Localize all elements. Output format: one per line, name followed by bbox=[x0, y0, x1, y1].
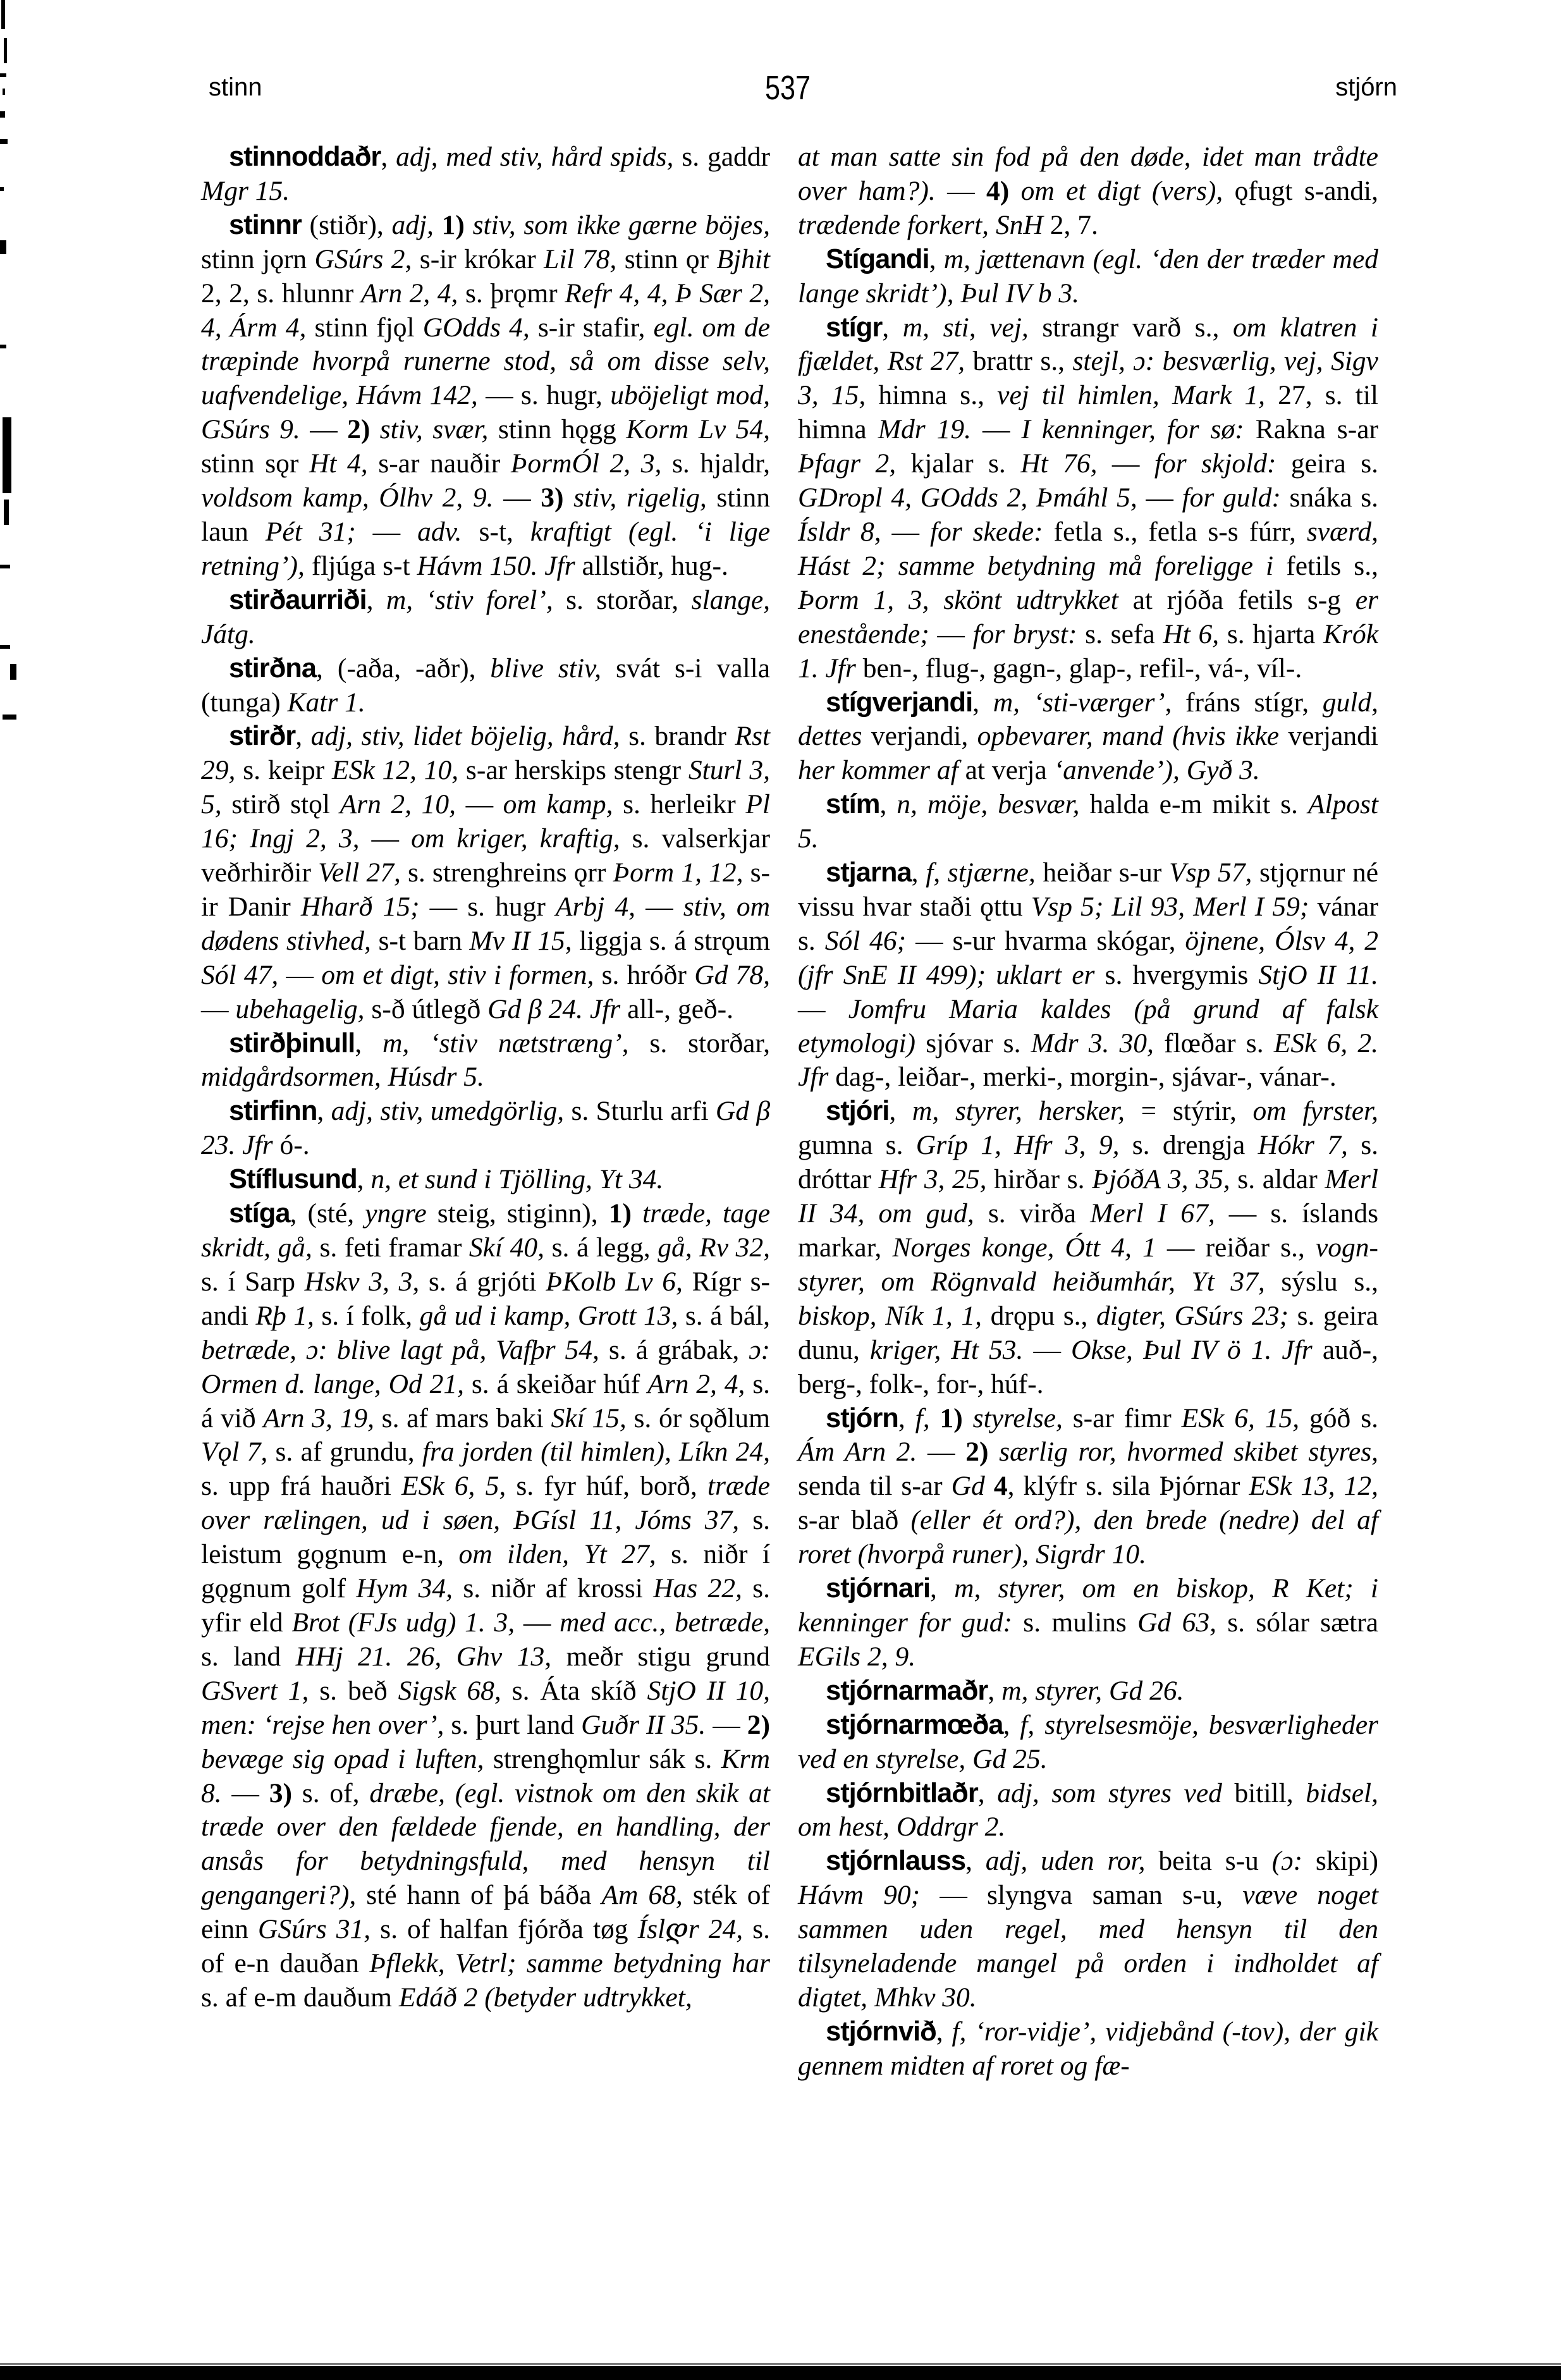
entry-text: her kommer af bbox=[798, 755, 958, 785]
entry-text: , bbox=[972, 687, 993, 718]
entry-text: s. Sturlu arfi bbox=[564, 1096, 716, 1126]
entry-text: s. drengja bbox=[1119, 1130, 1258, 1160]
entry-text: sýslu s., bbox=[1265, 1267, 1378, 1297]
entry-text: s-t barn bbox=[371, 926, 470, 956]
entry-text: 2, 2, s. hlunnr bbox=[201, 278, 361, 309]
scan-bottom-line bbox=[0, 2363, 1561, 2365]
entry-text: adj, som styres ved bbox=[997, 1778, 1222, 1808]
entry-text: — bbox=[493, 482, 541, 513]
headword: stinnr bbox=[229, 210, 302, 240]
entry-text: — bbox=[515, 1607, 560, 1638]
entry-text: s. niðr af krossi bbox=[453, 1573, 653, 1604]
entry-text: 1) bbox=[940, 1403, 963, 1433]
entry-text: (ɔ: bbox=[1272, 1846, 1302, 1876]
entry-text: Edáð 2 (betyder udtrykket, bbox=[399, 1982, 692, 2013]
entry-text: Sól 46; bbox=[825, 926, 906, 956]
entry-text: Hfr 3, 25, bbox=[879, 1164, 987, 1194]
entry-text: , bbox=[912, 857, 926, 888]
entry-text: Okse, Þul IV ö 1. Jfr bbox=[1071, 1335, 1313, 1365]
entry-text: om fyrster, bbox=[1253, 1096, 1378, 1126]
entry-text: stirð stǫl bbox=[222, 789, 340, 819]
entry-text: for skjold: bbox=[1154, 448, 1276, 479]
entry-text: betræde, ɔ: blive lagt på, Vafþr 54, bbox=[201, 1335, 599, 1365]
dictionary-entry: stjórnarmaðr, m, styrer, Gd 26. bbox=[798, 1674, 1378, 1708]
entry-text: ben-, flug-, gagn-, glap-, refil-, vá-, … bbox=[856, 653, 1302, 684]
entry-text: stiv, rigelig, bbox=[564, 482, 707, 513]
entry-text: stinn hǫgg bbox=[488, 414, 626, 445]
entry-text: strangr varð s., bbox=[1029, 312, 1233, 343]
entry-text: — bbox=[1137, 482, 1182, 513]
entry-text: Brot (FJs udg) 1. 3, bbox=[291, 1607, 515, 1638]
entry-text: bitill, bbox=[1222, 1778, 1306, 1808]
entry-text: for bryst: bbox=[973, 619, 1077, 649]
entry-text: s. keipr bbox=[235, 755, 332, 785]
entry-text: Arn 3, 19, bbox=[263, 1403, 374, 1433]
entry-text: s. of, bbox=[292, 1778, 369, 1808]
dictionary-entry: stjarna, f, stjærne, heiðar s-ur Vsp 57,… bbox=[798, 856, 1378, 1095]
entry-text: s. upp frá hauðri bbox=[201, 1471, 401, 1501]
entry-text: Skí 15, bbox=[551, 1403, 627, 1433]
entry-text: Ht 6, bbox=[1163, 619, 1219, 649]
entry-text: liggja s. á strǫum bbox=[572, 926, 770, 956]
entry-text: , bbox=[879, 789, 897, 819]
entry-text: styrelse, bbox=[963, 1403, 1063, 1433]
entry-text: s-ir stafir, bbox=[530, 312, 654, 343]
entry-text: strenghǫmlur sák s. bbox=[484, 1744, 721, 1774]
entry-text: drǫpu s., bbox=[982, 1301, 1096, 1331]
entry-text: midgårdsormen, Húsdr 5. bbox=[201, 1062, 484, 1092]
entry-text: — bbox=[635, 892, 683, 922]
entry-text: Gd 78, bbox=[694, 960, 770, 990]
entry-text: m, sti, vej, bbox=[903, 312, 1029, 343]
entry-text: Gd 63, bbox=[1137, 1607, 1216, 1638]
entry-text: s. storðar, bbox=[629, 1028, 770, 1058]
entry-text: , bbox=[357, 1164, 371, 1194]
entry-text: , bbox=[898, 1403, 915, 1433]
entry-text: Hókr 7, bbox=[1258, 1130, 1348, 1160]
entry-text: 4) bbox=[986, 176, 1009, 206]
entry-text: , bbox=[381, 142, 396, 172]
dictionary-entry: stígr, m, sti, vej, strangr varð s., om … bbox=[798, 311, 1378, 686]
entry-text: Þorm 1, 3, skönt udtrykket bbox=[798, 585, 1118, 615]
entry-text: ESk 12, 10, bbox=[332, 755, 458, 785]
entry-text: Sól 47, bbox=[201, 960, 278, 990]
entry-text: ó-. bbox=[273, 1130, 310, 1160]
entry-text: ESk 6, 15, bbox=[1182, 1403, 1299, 1433]
entry-text: Bjhit bbox=[716, 244, 770, 274]
headword: Stíflusund bbox=[229, 1164, 357, 1194]
entry-text: s. hjarta bbox=[1219, 619, 1323, 649]
dictionary-entry: stinnoddaðr, adj, med stiv, hård spids, … bbox=[201, 140, 770, 209]
entry-text: , klýfr s. sila Þjórnar bbox=[1008, 1471, 1249, 1501]
dictionary-entry: stirðþinull, m, ‘stiv nætstræng’, s. sto… bbox=[201, 1027, 770, 1095]
entry-text: s. fyr húf, borð, bbox=[506, 1471, 707, 1501]
entry-text: meðr stigu grund bbox=[551, 1641, 770, 1672]
entry-text: s. af e-m dauðum bbox=[201, 1982, 399, 2013]
right-guide-word: stjórn bbox=[1335, 73, 1397, 102]
entry-text: m, styrer, hersker, bbox=[912, 1096, 1125, 1126]
entry-text: digter, GSúrs 23; bbox=[1096, 1301, 1289, 1331]
entry-text: I kenninger, for sø: bbox=[1021, 414, 1244, 445]
entry-text: 2) bbox=[347, 414, 370, 445]
entry-text: s-ar fimr bbox=[1063, 1403, 1182, 1433]
entry-text: n, möje, besvær, bbox=[897, 789, 1079, 819]
entry-text: — bbox=[1023, 1335, 1071, 1365]
entry-text: , bbox=[889, 1096, 912, 1126]
entry-text: — bbox=[278, 960, 321, 990]
scan-bottom-edge bbox=[0, 2366, 1561, 2380]
entry-text: , bbox=[929, 244, 944, 274]
entry-text: — bbox=[456, 789, 503, 819]
entry-text: Hharð 15; bbox=[301, 892, 420, 922]
entry-text: , bbox=[295, 721, 310, 751]
entry-text: GDropl 4, GOdds 2, Þmáhl 5, bbox=[798, 482, 1137, 513]
entry-text: , bbox=[355, 1028, 383, 1058]
entry-text: 1) bbox=[442, 210, 465, 240]
entry-text: — bbox=[222, 1778, 269, 1808]
entry-text: Þflekk, Vetrl; samme betydning har bbox=[369, 1948, 770, 1978]
entry-text: s. aldar bbox=[1230, 1164, 1325, 1194]
entry-text: Vsp 5; Lil 93, Merl I 59; bbox=[1031, 892, 1309, 922]
entry-text: steig, stiginn), bbox=[427, 1198, 609, 1229]
entry-text: — bbox=[936, 176, 986, 206]
entry-text: allstiðr, hug-. bbox=[575, 551, 728, 581]
dictionary-entry: stirðna, (-aða, -aðr), blive stiv, svát … bbox=[201, 652, 770, 720]
headword: stjóri bbox=[826, 1096, 889, 1126]
entry-text: — bbox=[359, 823, 411, 854]
headword: stíga bbox=[229, 1198, 290, 1229]
entry-text: — bbox=[356, 517, 417, 547]
entry-text: med acc., betræde, bbox=[560, 1607, 770, 1638]
entry-text: ESk 13, 12, bbox=[1249, 1471, 1378, 1501]
entry-text: , bbox=[965, 1846, 986, 1876]
page-number: 537 bbox=[765, 68, 811, 107]
entry-text: s-ar herskips stengr bbox=[458, 755, 689, 785]
headword: stjórn bbox=[826, 1403, 898, 1433]
entry-text: 4 bbox=[985, 1471, 1008, 1501]
entry-text: s. á grábak, bbox=[599, 1335, 749, 1365]
entry-text: opbevarer, mand (hvis ikke bbox=[977, 721, 1280, 751]
entry-text: fra jorden (til himlen), Líkn 24, bbox=[422, 1437, 770, 1467]
entry-text: Mdr 19. bbox=[878, 414, 971, 445]
entry-text: s. á legg, bbox=[544, 1232, 658, 1263]
entry-text: stinn ǫr bbox=[616, 244, 716, 274]
entry-text: 3) bbox=[541, 482, 563, 513]
entry-text: gå, Rv 32, bbox=[658, 1232, 770, 1263]
headword: stirðþinull bbox=[229, 1028, 355, 1058]
entry-text: 2) bbox=[965, 1437, 988, 1467]
entry-text: m, ‘stiv forel’, bbox=[386, 585, 553, 615]
entry-text: s. brandr bbox=[620, 721, 735, 751]
entry-text: Korm Lv 54, bbox=[626, 414, 770, 445]
entry-text: — bbox=[300, 414, 347, 445]
entry-text: góð s. bbox=[1299, 1403, 1378, 1433]
entry-text: vej til himlen, Mark 1, bbox=[997, 380, 1265, 410]
entry-text: s. á grjóti bbox=[419, 1267, 546, 1297]
entry-text: voldsom kamp, Ólhv 2, 9. bbox=[201, 482, 493, 513]
entry-text: beita s-u bbox=[1146, 1846, 1272, 1876]
entry-text: senda til s-ar bbox=[798, 1471, 952, 1501]
entry-text: Mdr 3. 30, bbox=[1031, 1028, 1154, 1058]
entry-text: adj, bbox=[391, 210, 441, 240]
headword: stígverjandi bbox=[826, 687, 972, 718]
entry-text: Rakna s-ar bbox=[1244, 414, 1378, 445]
entry-text: Íslდr 24, bbox=[638, 1914, 744, 1944]
entry-text: , bbox=[317, 1096, 331, 1126]
entry-text: s. of halfan fjórða tøg bbox=[370, 1914, 637, 1944]
entry-text: s-ar nauðir bbox=[368, 448, 511, 479]
entry-text: ǫfugt s-andi, bbox=[1223, 176, 1378, 206]
entry-text: Sigsk 68, bbox=[398, 1676, 501, 1706]
entry-text: s. mulins bbox=[1012, 1607, 1137, 1638]
dictionary-entry: stirðr, adj, stiv, lidet böjelig, hård, … bbox=[201, 720, 770, 1026]
dictionary-entry: at man satte sin fod på den døde, idet m… bbox=[798, 140, 1378, 243]
entry-text: bevæge sig opad i luften, bbox=[201, 1744, 484, 1774]
entry-text: s. storðar, bbox=[553, 585, 692, 615]
entry-text: Þorm 1, 12, bbox=[613, 857, 744, 888]
headword: stígr bbox=[826, 312, 882, 343]
entry-text: Merl I 67, bbox=[1090, 1198, 1215, 1229]
headword: stjórnvið bbox=[826, 2016, 936, 2047]
entry-text: s-ð útlegð bbox=[365, 994, 488, 1024]
page-header: stinn 537 stjórn bbox=[209, 68, 1397, 119]
entry-text: s. hvergymis bbox=[1094, 960, 1258, 990]
entry-text: trædende forkert, SnH bbox=[798, 210, 1043, 240]
entry-text: — bbox=[706, 1710, 747, 1740]
entry-text: skipi) bbox=[1302, 1846, 1378, 1876]
dictionary-entry: stinnr (stiðr), adj, 1) stiv, som ikke g… bbox=[201, 209, 770, 584]
dictionary-entry: Stígandi, m, jættenavn (egl. ‘den der tr… bbox=[798, 243, 1378, 311]
entry-text: om kamp, bbox=[503, 789, 613, 819]
entry-text: Vsp 57, bbox=[1169, 857, 1252, 888]
entry-text: Arbj 4, bbox=[556, 892, 635, 922]
dictionary-entry: stígverjandi, m, ‘sti-værger’, fráns stí… bbox=[798, 686, 1378, 788]
entry-text: Pét 31; bbox=[266, 517, 356, 547]
entry-text: — bbox=[971, 414, 1021, 445]
entry-text: gå ud i kamp, Grott 13, bbox=[420, 1301, 678, 1331]
entry-text: flœðar s. bbox=[1154, 1028, 1274, 1058]
entry-text: StjO II 11. bbox=[1258, 960, 1378, 990]
entry-text: geira s. bbox=[1276, 448, 1378, 479]
entry-text: adv. bbox=[417, 517, 462, 547]
headword: stirfinn bbox=[229, 1096, 317, 1126]
entry-text: s. í folk, bbox=[314, 1301, 420, 1331]
dictionary-entry: stím, n, möje, besvær, halda e-m mikit s… bbox=[798, 788, 1378, 856]
entry-text: (stiðr), bbox=[302, 210, 392, 240]
entry-text: ‘anvende’), Gyð 3. bbox=[1054, 755, 1260, 785]
entry-text: — bbox=[917, 1437, 965, 1467]
entry-text: , (sté, bbox=[290, 1198, 365, 1229]
headword: stjarna bbox=[826, 857, 912, 888]
entry-text: sté hann of þá báða bbox=[356, 1880, 601, 1910]
entry-text: GSúrs 2, bbox=[315, 244, 412, 274]
entry-text: EGils 2, 9. bbox=[798, 1641, 915, 1672]
entry-text: s. ór sǫðlum bbox=[627, 1403, 770, 1433]
entry-text: 2) bbox=[747, 1710, 770, 1740]
entry-text: f, stjærne, bbox=[926, 857, 1036, 888]
entry-text: om et digt, stiv i formen, bbox=[321, 960, 594, 990]
entry-text: Guðr II 35. bbox=[581, 1710, 706, 1740]
entry-text: Arn 2, 4, bbox=[361, 278, 458, 309]
left-guide-word: stinn bbox=[209, 73, 262, 102]
entry-text: fljúga s-t bbox=[305, 551, 417, 581]
entry-text: for skede: bbox=[930, 517, 1043, 547]
entry-text: fetils s., bbox=[1273, 551, 1378, 581]
entry-text: — bbox=[881, 517, 930, 547]
headword: stjórnarmaðr bbox=[826, 1676, 988, 1706]
entry-text: — bbox=[1098, 448, 1154, 479]
entry-text: adj, uden ror, bbox=[986, 1846, 1146, 1876]
headword: Stígandi bbox=[826, 244, 929, 274]
entry-text: Vell 27, bbox=[318, 857, 401, 888]
entry-text: heiðar s-ur bbox=[1036, 857, 1169, 888]
entry-text: f, bbox=[915, 1403, 940, 1433]
entry-text: s. feti framar bbox=[312, 1232, 469, 1263]
dictionary-entry: stjórnbitlaðr, adj, som styres ved bitil… bbox=[798, 1777, 1378, 1845]
entry-text: — s. hugr, bbox=[478, 380, 610, 410]
entry-text: s. í Sarp bbox=[201, 1267, 305, 1297]
entry-text: ÞjóðA 3, 35, bbox=[1092, 1164, 1230, 1194]
dictionary-entry: stirðaurriði, m, ‘stiv forel’, s. storða… bbox=[201, 584, 770, 652]
entry-text: — bbox=[798, 994, 848, 1024]
entry-text: gumna s. bbox=[798, 1130, 916, 1160]
entry-text: s. virða bbox=[974, 1198, 1090, 1229]
entry-text: om et digt (vers), bbox=[1009, 176, 1223, 206]
entry-text: at verja bbox=[958, 755, 1054, 785]
entry-text: HHj 21. 26, Ghv 13, bbox=[296, 1641, 551, 1672]
entry-text: GSúrs 31, bbox=[258, 1914, 370, 1944]
entry-text: yngre bbox=[365, 1198, 426, 1229]
entry-text: — slyngva saman s-u, bbox=[920, 1880, 1242, 1910]
entry-text: kriger, Ht 53. bbox=[870, 1335, 1023, 1365]
entry-text: Lil 78, bbox=[544, 244, 616, 274]
entry-text: s. gaddr bbox=[673, 142, 770, 172]
headword: stjórnlauss bbox=[826, 1846, 965, 1876]
entry-text: Gríp 1, Hfr 3, 9, bbox=[916, 1130, 1120, 1160]
entry-text: Ám Arn 2. bbox=[798, 1437, 917, 1467]
dictionary-entry: stjóri, m, styrer, hersker, = stýrir, om… bbox=[798, 1095, 1378, 1401]
entry-text: halda e-m mikit s. bbox=[1080, 789, 1308, 819]
entry-text: adj, med stiv, hård spids, bbox=[396, 142, 673, 172]
entry-text: s-t, bbox=[462, 517, 530, 547]
entry-text: dag-, leiðar-, merki-, morgin-, sjávar-,… bbox=[828, 1062, 1336, 1092]
entry-text: — s. hugr bbox=[420, 892, 556, 922]
entry-text: s. herleikr bbox=[613, 789, 746, 819]
entry-text: n, et sund i Tjölling, Yt 34. bbox=[370, 1164, 663, 1194]
entry-text: hirðar s. bbox=[986, 1164, 1092, 1194]
entry-text: s. hróðr bbox=[594, 960, 694, 990]
entry-text: s. hjaldr, bbox=[661, 448, 770, 479]
entry-text: stiv, svær, bbox=[370, 414, 488, 445]
entry-text: — s-ur hvarma skógar, bbox=[906, 926, 1185, 956]
entry-text: Vǫl 7, bbox=[201, 1437, 267, 1467]
dictionary-entry: stjórnarmœða, f, styrelsesmöje, besværli… bbox=[798, 1708, 1378, 1777]
entry-text: Ht 4, bbox=[309, 448, 368, 479]
entry-text: snáka s. bbox=[1281, 482, 1378, 513]
entry-text: stinn sǫr bbox=[201, 448, 309, 479]
entry-text: s. Áta skíð bbox=[501, 1676, 647, 1706]
entry-text: verjandi, bbox=[862, 721, 977, 751]
entry-text: kjalar s. bbox=[896, 448, 1020, 479]
left-column: stinnoddaðr, adj, med stiv, hård spids, … bbox=[201, 140, 770, 2015]
entry-text: ESk 6, 5, bbox=[401, 1471, 506, 1501]
entry-text: Ísldr 8, bbox=[798, 517, 881, 547]
entry-text: s. sólar sætra bbox=[1216, 1607, 1378, 1638]
entry-text: Mv II 15, bbox=[470, 926, 572, 956]
entry-text: stinn jǫrn bbox=[201, 244, 315, 274]
entry-text: stiv, som ikke gærne böjes, bbox=[465, 210, 770, 240]
entry-text: Has 22, bbox=[653, 1573, 742, 1604]
entry-text: s. á bál, bbox=[678, 1301, 770, 1331]
dictionary-entry: stirfinn, adj, stiv, umedgörlig, s. Stur… bbox=[201, 1095, 770, 1163]
entry-text: , bbox=[930, 1573, 954, 1604]
entry-text: s. á skeiðar húf bbox=[464, 1369, 647, 1399]
entry-text: , bbox=[978, 1778, 998, 1808]
headword: stjórnbitlaðr bbox=[826, 1778, 978, 1808]
dictionary-page: stinn 537 stjórn stinnoddaðr, adj, med s… bbox=[0, 0, 1561, 2380]
scan-binding-edge bbox=[0, 0, 16, 2380]
headword: stinnoddaðr bbox=[229, 142, 381, 172]
dictionary-entry: Stíflusund, n, et sund i Tjölling, Yt 34… bbox=[201, 1163, 770, 1197]
entry-text: s. sefa bbox=[1077, 619, 1163, 649]
entry-text: Hávm 90; bbox=[798, 1880, 920, 1910]
entry-text: , (-aða, -aðr), bbox=[316, 653, 490, 684]
headword: stirðr bbox=[229, 721, 295, 751]
entry-text: GSvert 1, bbox=[201, 1676, 309, 1706]
entry-text: ÞKolb Lv 6, bbox=[546, 1267, 683, 1297]
dictionary-entry: stjórnari, m, styrer, om en biskop, R Ke… bbox=[798, 1572, 1378, 1674]
dictionary-entry: stjórnvið, f, ‘ror-vidje’, vidjebånd (-t… bbox=[798, 2015, 1378, 2083]
entry-text: Skí 40, bbox=[469, 1232, 544, 1263]
entry-text: s. af mars baki bbox=[374, 1403, 551, 1433]
headword: stirðna bbox=[229, 653, 316, 684]
entry-text: m, styrer, Gd 26. bbox=[1001, 1676, 1184, 1706]
headword: stirðaurriði bbox=[229, 585, 367, 615]
entry-text: blive stiv, bbox=[490, 653, 601, 684]
entry-text: 3) bbox=[269, 1778, 292, 1808]
entry-text: GOdds 4, bbox=[423, 312, 530, 343]
entry-text: brattr s., bbox=[965, 346, 1072, 376]
entry-text: Katr 1. bbox=[288, 687, 365, 718]
entry-text: om ilden, Yt 27, bbox=[459, 1539, 656, 1569]
entry-text: sjóvar s. bbox=[915, 1028, 1031, 1058]
entry-text: , bbox=[882, 312, 902, 343]
entry-text: m, ‘sti-værger’, bbox=[993, 687, 1172, 718]
entry-text: — bbox=[929, 619, 973, 649]
entry-text: all-, geð-. bbox=[620, 994, 733, 1024]
entry-text: verjandi bbox=[1279, 721, 1378, 751]
entry-text: , bbox=[936, 2016, 952, 2047]
entry-text: s. þurt land bbox=[444, 1710, 581, 1740]
entry-text: adj, stiv, umedgörlig, bbox=[331, 1096, 565, 1126]
entry-text: s-ir krókar bbox=[412, 244, 544, 274]
entry-text: for guld: bbox=[1182, 482, 1281, 513]
entry-text: at rjóða fetils s-g bbox=[1118, 585, 1356, 615]
entry-text: Arn 2, 4, bbox=[647, 1369, 745, 1399]
entry-text: s. strenghreins ǫrr bbox=[401, 857, 613, 888]
dictionary-entry: stjórn, f, 1) styrelse, s-ar fimr ESk 6,… bbox=[798, 1402, 1378, 1573]
entry-text: Hskv 3, 3, bbox=[305, 1267, 420, 1297]
entry-text: ÞormÓl 2, 3, bbox=[511, 448, 662, 479]
entry-text: Norges konge, Ótt 4, 1 bbox=[892, 1232, 1156, 1263]
entry-text: s. af grundu, bbox=[267, 1437, 422, 1467]
entry-text: Arn 2, 10, bbox=[340, 789, 456, 819]
entry-text: s. þrǫmr bbox=[458, 278, 565, 309]
headword: stjórnarmœða bbox=[826, 1710, 1003, 1740]
entry-text: fetla s., fetla s-s fúrr, bbox=[1043, 517, 1307, 547]
right-column: at man satte sin fod på den døde, idet m… bbox=[798, 140, 1378, 2083]
entry-text: fráns stígr, bbox=[1172, 687, 1322, 718]
